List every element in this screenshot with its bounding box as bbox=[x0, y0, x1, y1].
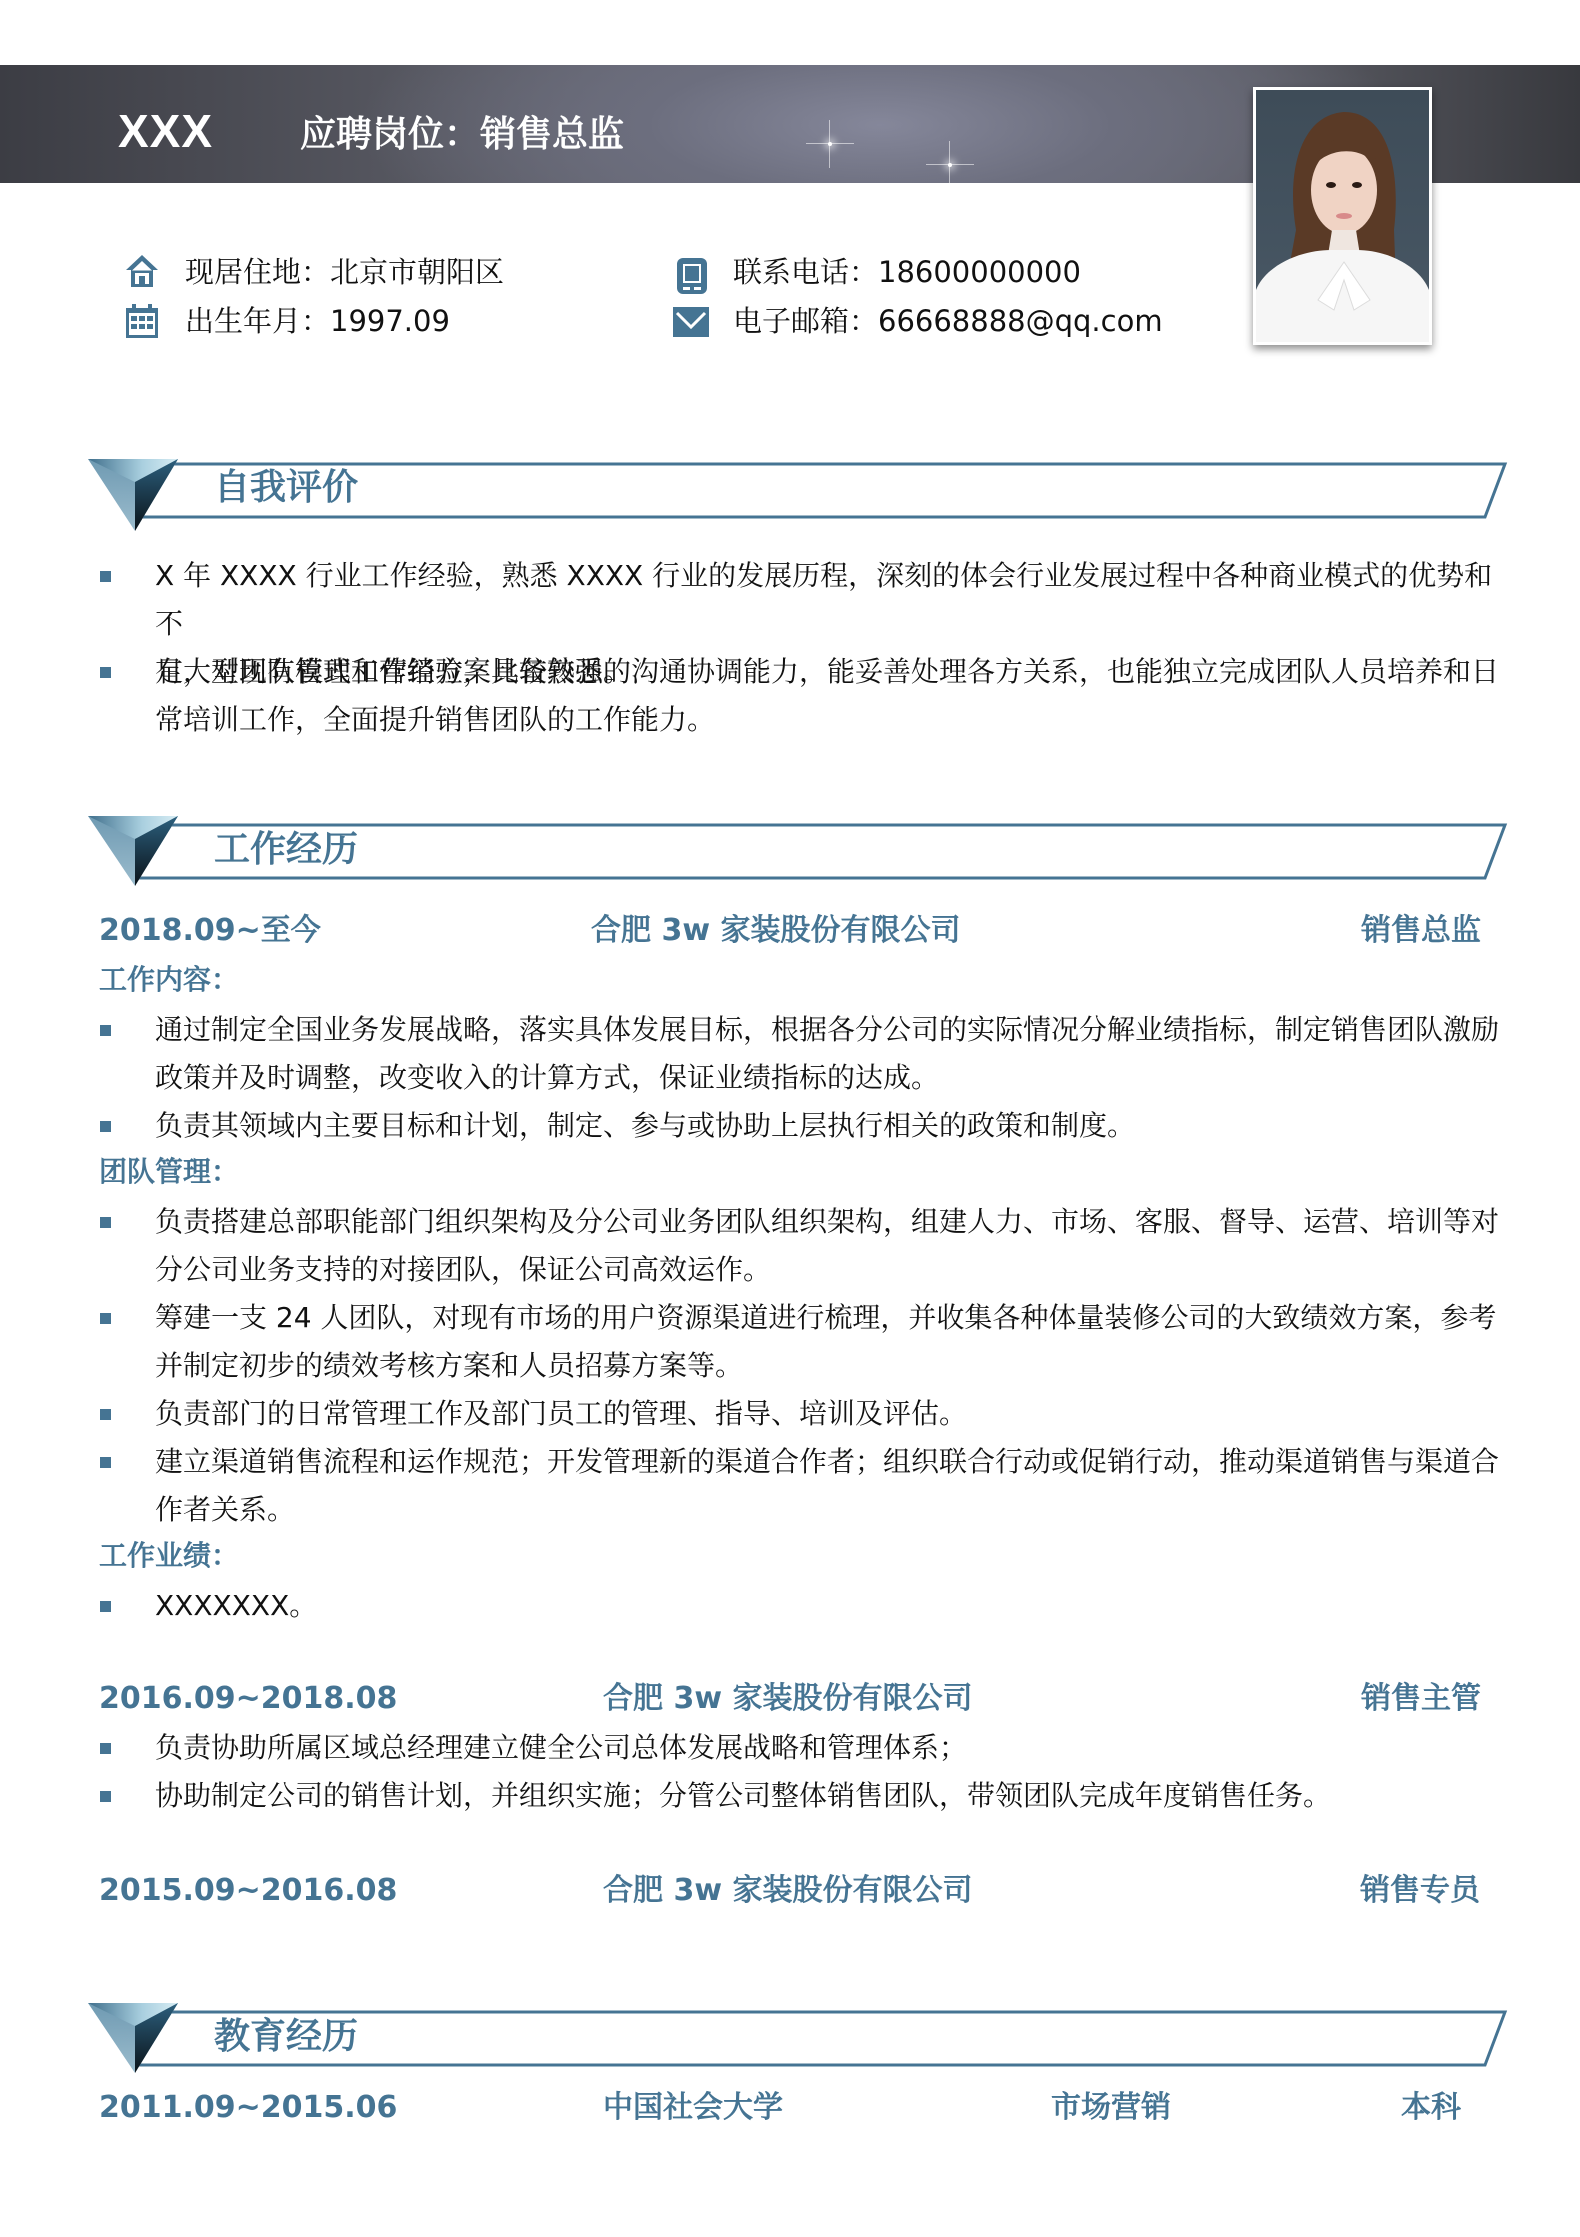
text-line: 常培训工作，全面提升销售团队的工作能力。 bbox=[155, 696, 1500, 744]
text-line: XXXXXXX。 bbox=[155, 1582, 1500, 1630]
section-title: 自我评价 bbox=[214, 470, 358, 506]
self-eval-item: 有大型团队管理工作经验，具备较强的沟通协调能力，能妥善处理各方关系，也能独立完成… bbox=[155, 648, 1500, 744]
job-item: 负责协助所属区域总经理建立健全公司总体发展战略和管理体系； bbox=[155, 1724, 1500, 1772]
job-item: 负责搭建总部职能部门组织架构及分公司业务团队组织架构，组建人力、市场、客服、督导… bbox=[155, 1198, 1500, 1294]
bullet-icon bbox=[100, 1457, 111, 1468]
job-item: 协助制定公司的销售计划，并组织实施；分管公司整体销售团队，带领团队完成年度销售任… bbox=[155, 1772, 1500, 1820]
job-date: 2015.09~2016.08 bbox=[99, 1876, 397, 1906]
job-item: 负责部门的日常管理工作及部门员工的管理、指导、培训及评估。 bbox=[155, 1390, 1500, 1438]
sparkle-decoration bbox=[948, 163, 952, 167]
job-item: 建立渠道销售流程和运作规范；开发管理新的渠道合作者；组织联合行动或促销行动，推动… bbox=[155, 1438, 1500, 1534]
section-header-work: 工作经历 bbox=[88, 816, 1508, 896]
phone-icon bbox=[675, 258, 709, 292]
bullet-icon bbox=[100, 1025, 111, 1036]
job-date: 2018.09~至今 bbox=[99, 916, 321, 946]
text-line: 负责其领域内主要目标和计划，制定、参与或协助上层执行相关的政策和制度。 bbox=[155, 1102, 1500, 1150]
text-line: 有大型团队管理工作经验，具备较强的沟通协调能力，能妥善处理各方关系，也能独立完成… bbox=[155, 648, 1500, 696]
job-role: 销售总监 bbox=[1361, 916, 1481, 946]
calendar-icon bbox=[125, 303, 159, 337]
text-line: 建立渠道销售流程和运作规范；开发管理新的渠道合作者；组织联合行动或促销行动，推动… bbox=[155, 1438, 1500, 1486]
text-line: 筹建一支 24 人团队，对现有市场的用户资源渠道进行梳理，并收集各种体量装修公司… bbox=[155, 1294, 1500, 1342]
section-title: 工作经历 bbox=[214, 832, 358, 868]
edu-degree: 本科 bbox=[1401, 2093, 1461, 2123]
email-icon bbox=[673, 307, 707, 341]
section-header-education: 教育经历 bbox=[88, 2003, 1508, 2083]
edu-school: 中国社会大学 bbox=[603, 2093, 783, 2123]
phone-text: 联系电话：18600000000 bbox=[733, 258, 1081, 287]
bullet-icon bbox=[100, 1743, 111, 1754]
section-header-self-eval: 自我评价 bbox=[88, 457, 1508, 537]
job-item: XXXXXXX。 bbox=[155, 1582, 1500, 1630]
sparkle-decoration bbox=[828, 142, 832, 146]
bullet-icon bbox=[100, 1121, 111, 1132]
job-date: 2016.09~2018.08 bbox=[99, 1684, 397, 1714]
text-line: 协助制定公司的销售计划，并组织实施；分管公司整体销售团队，带领团队完成年度销售任… bbox=[155, 1772, 1500, 1820]
job-item: 负责其领域内主要目标和计划，制定、参与或协助上层执行相关的政策和制度。 bbox=[155, 1102, 1500, 1150]
edu-major: 市场营销 bbox=[1051, 2093, 1171, 2123]
text-line: 通过制定全国业务发展战略，落实具体发展目标，根据各分公司的实际情况分解业绩指标，… bbox=[155, 1006, 1500, 1054]
subheading-work-content: 工作内容： bbox=[99, 966, 239, 994]
text-line: 负责搭建总部职能部门组织架构及分公司业务团队组织架构，组建人力、市场、客服、督导… bbox=[155, 1198, 1500, 1246]
email-text: 电子邮箱：66668888@qq.com bbox=[733, 307, 1163, 336]
birth-text: 出生年月：1997.09 bbox=[185, 307, 450, 336]
section-title: 教育经历 bbox=[214, 2019, 358, 2055]
bullet-icon bbox=[100, 1313, 111, 1324]
text-line: 并制定初步的绩效考核方案和人员招募方案等。 bbox=[155, 1342, 1500, 1390]
address-text: 现居住地：北京市朝阳区 bbox=[185, 258, 504, 287]
edu-date: 2011.09~2015.06 bbox=[99, 2093, 397, 2123]
text-line: 负责部门的日常管理工作及部门员工的管理、指导、培训及评估。 bbox=[155, 1390, 1500, 1438]
subheading-team-management: 团队管理： bbox=[99, 1158, 239, 1186]
bullet-icon bbox=[100, 1217, 111, 1228]
portrait-illustration bbox=[1256, 90, 1429, 342]
job-role: 销售专员 bbox=[1360, 1876, 1480, 1906]
job-title: 应聘岗位：销售总监 bbox=[300, 117, 624, 153]
job-role: 销售主管 bbox=[1361, 1684, 1481, 1714]
candidate-name: XXX bbox=[118, 108, 213, 154]
text-line: X 年 XXXX 行业工作经验，熟悉 XXXX 行业的发展历程，深刻的体会行业发… bbox=[155, 552, 1500, 648]
bullet-icon bbox=[100, 1409, 111, 1420]
bullet-icon bbox=[100, 571, 111, 582]
job-company: 合肥 3w 家装股份有限公司 bbox=[591, 916, 960, 946]
text-line: 负责协助所属区域总经理建立健全公司总体发展战略和管理体系； bbox=[155, 1724, 1500, 1772]
profile-photo bbox=[1253, 87, 1432, 345]
job-company: 合肥 3w 家装股份有限公司 bbox=[603, 1684, 972, 1714]
text-line: 作者关系。 bbox=[155, 1486, 1500, 1534]
job-item: 筹建一支 24 人团队，对现有市场的用户资源渠道进行梳理，并收集各种体量装修公司… bbox=[155, 1294, 1500, 1390]
subheading-achievements: 工作业绩： bbox=[99, 1542, 239, 1570]
bullet-icon bbox=[100, 1791, 111, 1802]
bullet-icon bbox=[100, 667, 111, 678]
text-line: 分公司业务支持的对接团队，保证公司高效运作。 bbox=[155, 1246, 1500, 1294]
job-company: 合肥 3w 家装股份有限公司 bbox=[603, 1876, 972, 1906]
home-icon bbox=[125, 253, 159, 287]
job-item: 通过制定全国业务发展战略，落实具体发展目标，根据各分公司的实际情况分解业绩指标，… bbox=[155, 1006, 1500, 1102]
bullet-icon bbox=[100, 1601, 111, 1612]
text-line: 政策并及时调整，改变收入的计算方式，保证业绩指标的达成。 bbox=[155, 1054, 1500, 1102]
